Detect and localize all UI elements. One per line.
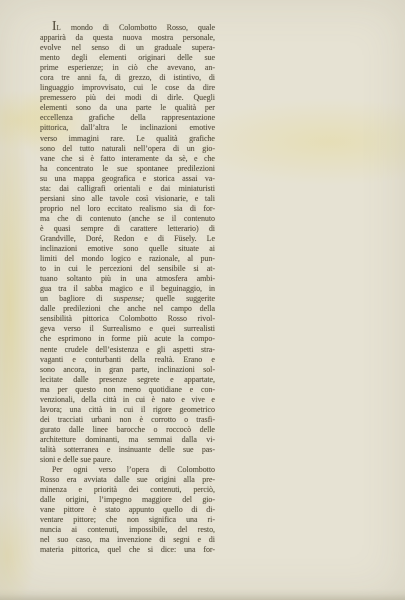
- word: così: [136, 194, 149, 204]
- word: quel: [108, 545, 122, 555]
- word: dalle: [69, 425, 84, 435]
- word: di: [160, 465, 166, 475]
- word: o: [154, 425, 158, 435]
- word: appartate,: [184, 375, 215, 385]
- word: dai: [161, 184, 171, 194]
- word: di: [158, 234, 164, 244]
- word: tracciati: [58, 415, 83, 425]
- word: e: [138, 254, 142, 264]
- text-line: sonodeltuttonaturalinell’operadiungio-: [40, 144, 215, 154]
- word: improvvisato,: [82, 83, 126, 93]
- word: razionale,: [149, 254, 180, 264]
- word: immagini: [69, 134, 99, 144]
- word: e: [198, 535, 202, 545]
- word: ciò: [128, 63, 138, 73]
- word: che: [204, 154, 215, 164]
- word: il: [150, 284, 154, 294]
- word: pittore;: [73, 515, 96, 525]
- text-line: materiapittorica,quelchesidice:unafor-: [40, 545, 215, 555]
- word: e: [143, 174, 147, 184]
- word: del: [140, 264, 150, 274]
- word: città: [103, 395, 117, 405]
- word: sempre: [81, 224, 104, 234]
- word: apparirà: [40, 33, 66, 43]
- word: Füsely.: [174, 234, 196, 244]
- word: dalle: [114, 475, 129, 485]
- word: an-: [205, 63, 215, 73]
- word: situate: [178, 244, 199, 254]
- word: mondo: [82, 254, 104, 264]
- word: limiti: [40, 254, 57, 264]
- word: un: [136, 43, 144, 53]
- word: impossibile,: [129, 525, 167, 535]
- word: grafiche: [89, 113, 115, 123]
- word: roccocò: [166, 425, 191, 435]
- text-line: deitracciatiurbaninonècorrottootrasfi-: [40, 415, 215, 425]
- text-line: sioniedellesuepaure.: [40, 455, 215, 465]
- word: di: [103, 23, 109, 33]
- word: che: [61, 154, 72, 164]
- text-line: evolvenelsensodiungradualesupera-: [40, 43, 215, 53]
- word: che: [108, 304, 119, 314]
- word: Quegli: [193, 93, 214, 103]
- word: invenzione: [117, 535, 152, 545]
- text-line: pittorica,dall’altraleinclinazioniemotiv…: [40, 123, 215, 133]
- word: dai: [59, 184, 69, 194]
- text-line: dalleorigini,l’impegnomaggioredelgio-: [40, 495, 215, 505]
- text-line: dallepredilezionicheanchenelcampodella: [40, 304, 215, 314]
- word: cui: [68, 264, 78, 274]
- word: vive: [191, 395, 205, 405]
- word: sioni: [40, 455, 55, 465]
- word: premessero: [40, 93, 76, 103]
- word: sue: [80, 455, 91, 465]
- word: inclinazioni: [140, 123, 177, 133]
- word: e: [144, 234, 148, 244]
- word: pittorica,: [72, 545, 100, 555]
- word: carattere: [130, 224, 157, 234]
- word: interamente: [121, 154, 158, 164]
- word: Redon: [114, 234, 135, 244]
- word: questa: [93, 33, 113, 43]
- word: per: [205, 103, 215, 113]
- word: tre: [61, 73, 69, 83]
- word: e: [72, 355, 76, 365]
- word: ai: [209, 244, 215, 254]
- word: quasi: [54, 224, 71, 234]
- word: tra: [58, 284, 66, 294]
- word: sue: [117, 164, 128, 174]
- body-text-block: ILmondodiColombottoRosso,qualeappariràda…: [40, 23, 215, 555]
- word: nato: [161, 395, 175, 405]
- word: le: [86, 264, 92, 274]
- word: per: [57, 385, 67, 395]
- word: quello: [163, 505, 183, 515]
- word: e: [79, 485, 83, 495]
- word: contenuti,: [150, 485, 181, 495]
- text-line: èquasisempredicarattereletterario)di: [40, 224, 215, 234]
- word: venzionali,: [40, 395, 75, 405]
- word: le: [160, 103, 166, 113]
- word: percezioni: [100, 264, 133, 274]
- word: minenza: [40, 485, 67, 495]
- word: in: [209, 284, 215, 294]
- word: Rosso: [40, 475, 59, 485]
- word: ventare: [40, 515, 63, 525]
- word: dell’esistenza: [95, 345, 138, 355]
- word: di: [173, 144, 179, 154]
- word: priorità: [94, 485, 117, 495]
- word: gio-: [202, 495, 215, 505]
- word: che: [106, 515, 117, 525]
- word: che: [147, 63, 158, 73]
- word: il: [172, 214, 176, 224]
- word: era: [67, 475, 77, 485]
- word: in: [110, 405, 116, 415]
- text-line: suunamappageograficaestoricaassaiva-: [40, 174, 215, 184]
- word: pun-: [200, 254, 214, 264]
- word: del: [178, 525, 188, 535]
- text-line: vanepittoreèstatoappuntoquellodidi-: [40, 505, 215, 515]
- word: l’opera: [127, 465, 149, 475]
- word: in: [95, 365, 101, 375]
- word: barocche: [117, 425, 145, 435]
- word: tavole: [110, 194, 129, 204]
- word: ma: [129, 435, 139, 445]
- word: lecitate: [40, 375, 63, 385]
- word: una: [186, 515, 197, 525]
- word: va-: [205, 174, 215, 184]
- word: che: [57, 214, 68, 224]
- word: pittorica,: [40, 123, 68, 133]
- word: delle: [177, 53, 192, 63]
- word: Per: [52, 465, 63, 475]
- word: inclinazioni: [40, 244, 77, 254]
- word: verso: [64, 324, 81, 334]
- word: degli: [72, 53, 88, 63]
- word: dalle: [73, 375, 88, 385]
- word: di: [209, 73, 215, 83]
- word: architetture: [40, 435, 76, 445]
- text-line: eccellenzagrafichedellarappresentazione: [40, 113, 215, 123]
- text-line: lavora;unacittàincuiilrigoregeometrico: [40, 405, 215, 415]
- word: città: [89, 405, 103, 415]
- text-line: haconcentratolesuespontaneepredilezioni: [40, 164, 215, 174]
- word: Erano: [183, 355, 202, 365]
- word: suo: [57, 535, 68, 545]
- word: del: [63, 144, 73, 154]
- word: logico: [111, 254, 131, 264]
- word: Grandville,: [40, 234, 76, 244]
- text-line: toincuilepercezionidelsensibilesiat-: [40, 264, 215, 274]
- word: ma: [40, 214, 50, 224]
- word: di: [209, 224, 215, 234]
- word: soltanto: [67, 274, 92, 284]
- word: della: [200, 304, 215, 314]
- word: verso: [40, 134, 57, 144]
- text-line: mentodeglielementioriginaridellesue: [40, 53, 215, 63]
- word: dominanti,: [85, 435, 119, 445]
- word: gua: [40, 284, 51, 294]
- word: atmosfera: [156, 274, 187, 284]
- word: mento: [40, 53, 60, 63]
- word: meno: [123, 385, 141, 395]
- word: miniaturisti: [179, 184, 215, 194]
- word: sensibile: [158, 264, 186, 274]
- word: talità: [40, 445, 56, 455]
- word: Colombotto: [177, 465, 215, 475]
- word: urbani: [91, 415, 111, 425]
- word: sensibilità: [40, 314, 72, 324]
- word: o: [184, 415, 188, 425]
- word: stato: [105, 505, 120, 515]
- text-line: Perogniversol’operadiColombotto: [40, 465, 215, 475]
- text-line: versoimmaginirare.Lequalitàgrafiche: [40, 134, 215, 144]
- word: dire: [203, 83, 215, 93]
- word: caso,: [76, 535, 92, 545]
- word: qualità: [156, 134, 177, 144]
- word: di: [190, 204, 196, 214]
- word: geografica: [102, 174, 135, 184]
- word: ambi-: [197, 274, 215, 284]
- text-line: unbaglioredisuspense;quellesuggerite: [40, 294, 215, 304]
- word: gran: [109, 365, 123, 375]
- word: con-: [201, 385, 215, 395]
- word: gio-: [202, 144, 215, 154]
- word: sue: [183, 445, 194, 455]
- word: eccitato: [108, 204, 132, 214]
- word: e: [107, 445, 111, 455]
- word: eccellenza: [40, 113, 73, 123]
- word: il: [89, 324, 93, 334]
- word: naturali: [102, 144, 126, 154]
- word: contenuto: [184, 214, 215, 224]
- word: avviata: [84, 475, 107, 485]
- word: non: [127, 515, 139, 525]
- text-line: machedicontenuto(ancheseilcontenuto: [40, 214, 215, 224]
- word: una: [184, 545, 195, 555]
- text-line: Rossoeraavviatadallesueoriginiallapre-: [40, 475, 215, 485]
- word: senso: [91, 43, 109, 53]
- word: nel: [153, 304, 163, 314]
- word: dei: [129, 485, 139, 495]
- word: sono: [76, 103, 91, 113]
- text-line: nunciaaicontenuti,impossibile,delresto,: [40, 525, 215, 535]
- word: elementi: [99, 53, 126, 63]
- word: questo: [75, 385, 96, 395]
- word: quelle: [149, 244, 168, 254]
- word: significa: [149, 515, 176, 525]
- word: mostra: [152, 33, 173, 43]
- word: predilezioni: [63, 304, 101, 314]
- word: ma: [40, 385, 50, 395]
- word: dei: [40, 415, 50, 425]
- word: e: [194, 154, 198, 164]
- word: rappresentazione: [162, 113, 215, 123]
- word: rivol-: [198, 314, 215, 324]
- word: anche: [127, 304, 145, 314]
- word: anni: [77, 73, 91, 83]
- word: at-: [207, 264, 215, 274]
- text-line: guratodallelineebaroccheoroccocòdelle: [40, 425, 215, 435]
- word: di: [96, 294, 102, 304]
- word: appunto: [129, 505, 154, 515]
- word: una: [116, 103, 127, 113]
- word: acute: [154, 334, 171, 344]
- word: sabba: [85, 284, 103, 294]
- word: della: [81, 395, 96, 405]
- text-line: gevaversoilSurrealismoequeisurrealisti: [40, 324, 215, 334]
- word: vi-: [206, 435, 215, 445]
- word: sue: [137, 475, 148, 485]
- word: cui: [124, 405, 134, 415]
- word: resto,: [198, 525, 215, 535]
- text-line: Grandville,Doré,RedonediFüsely.Le: [40, 234, 215, 244]
- word: conturbanti: [85, 355, 121, 365]
- word: fa,: [99, 73, 107, 83]
- text-line: ventarepittore;chenonsignificaunari-: [40, 515, 215, 525]
- word: bagliore: [59, 294, 85, 304]
- word: tali: [205, 194, 215, 204]
- word: e: [170, 375, 174, 385]
- word: nuova: [123, 33, 142, 43]
- word: di: [159, 535, 165, 545]
- word: di: [191, 505, 197, 515]
- word: cui: [135, 395, 145, 405]
- word: nuncia: [40, 525, 61, 535]
- word: che: [40, 334, 51, 344]
- word: al: [187, 254, 193, 264]
- word: cose: [165, 83, 179, 93]
- word: for-: [203, 204, 215, 214]
- word: su: [40, 174, 47, 184]
- word: orientali: [114, 184, 140, 194]
- text-line: venzionali,dellacittàincuiènatoevivee: [40, 395, 215, 405]
- word: linguaggio: [40, 83, 74, 93]
- word: nente: [40, 345, 57, 355]
- word: Le: [136, 134, 144, 144]
- word: mondo: [71, 23, 93, 33]
- word: da: [76, 33, 83, 43]
- text-line: sensibilitàpittoricaColombottoRossorivol…: [40, 314, 215, 324]
- word: beguinaggio,: [161, 284, 202, 294]
- word: persiani: [40, 194, 65, 204]
- word: alla: [183, 475, 194, 485]
- word: le: [151, 83, 157, 93]
- word: non: [119, 415, 131, 425]
- text-line: elementisonodaunapartelequalitàper: [40, 103, 215, 113]
- word: di: [119, 43, 125, 53]
- text-line: tuanosoltantopiùinunaatmosferaambi-: [40, 274, 215, 284]
- word: ancora,: [63, 365, 86, 375]
- word: quelle: [156, 294, 175, 304]
- word: il: [73, 284, 77, 294]
- text-line: limitidelmondologicoerazionale,alpun-: [40, 254, 215, 264]
- word: e: [195, 194, 199, 204]
- word: la: [178, 334, 184, 344]
- word: del: [182, 495, 192, 505]
- word: cora: [40, 73, 54, 83]
- word: di: [209, 535, 215, 545]
- book-page: ILmondodiColombottoRosso,qualeappariràda…: [0, 0, 405, 600]
- word: e: [149, 324, 153, 334]
- word: elementi: [40, 103, 67, 113]
- text-line: vagantieconturbantidellarealtà.Eranoe: [40, 355, 215, 365]
- word: non: [104, 385, 116, 395]
- word: una: [54, 174, 65, 184]
- word: della: [130, 113, 145, 123]
- word: le: [102, 164, 108, 174]
- word: surrealisti: [184, 324, 215, 334]
- word: delle: [159, 445, 174, 455]
- word: e: [190, 385, 194, 395]
- word: di: [114, 224, 120, 234]
- text-line: linguaggioimprovvisato,cuilecosedadire: [40, 83, 215, 93]
- text-line: coratreannifa,digrezzo,diistintivo,di: [40, 73, 215, 83]
- word: nel: [40, 535, 50, 545]
- word: qualità: [175, 103, 196, 113]
- word: sè,: [179, 154, 188, 164]
- word: in: [123, 395, 129, 405]
- word: evolve: [40, 43, 61, 53]
- text-line: nelsuocaso,mainvenzionedisegniedi: [40, 535, 215, 545]
- word: pas-: [202, 445, 215, 455]
- word: linee: [93, 425, 108, 435]
- word: rare.: [110, 134, 124, 144]
- word: lavora;: [40, 405, 62, 415]
- word: geometrico: [179, 405, 215, 415]
- word: emotive: [190, 123, 215, 133]
- word: tutto: [80, 144, 94, 154]
- word: sue: [204, 53, 215, 63]
- word: insinuante: [119, 445, 151, 455]
- word: e: [211, 395, 215, 405]
- text-line: minenzaeprioritàdeicontenuti,perciò,: [40, 485, 215, 495]
- word: istintivo,: [173, 73, 201, 83]
- word: gurato: [40, 425, 60, 435]
- word: ri-: [208, 515, 215, 525]
- text-line: vanechesièfattointeramentedasè,eche: [40, 154, 215, 164]
- word: esperienze;: [68, 63, 103, 73]
- word: e: [140, 284, 144, 294]
- word: spontanee: [137, 164, 169, 174]
- word: avevano,: [167, 63, 195, 73]
- word: più: [137, 334, 147, 344]
- word: originari: [138, 53, 165, 63]
- word: quale: [198, 23, 215, 33]
- word: realismo: [139, 204, 166, 214]
- word: pittore: [64, 505, 85, 515]
- word: fatto: [101, 154, 115, 164]
- word: graduale: [154, 43, 181, 53]
- word: tuano: [40, 274, 58, 284]
- word: sino: [72, 194, 85, 204]
- word: prime: [40, 63, 58, 73]
- text-line: appariràdaquestanuovamostrapersonale,: [40, 33, 215, 43]
- word: for-: [203, 545, 215, 555]
- word: delle: [200, 425, 215, 435]
- word: Colombotto: [119, 314, 157, 324]
- word: quei: [162, 324, 176, 334]
- text-line: premesseropiùdeimodididirle.Quegli: [40, 93, 215, 103]
- word: grezzo,: [129, 73, 152, 83]
- word: è: [151, 395, 155, 405]
- word: sono: [40, 365, 55, 375]
- word: è: [93, 505, 97, 515]
- word: semmai: [148, 435, 173, 445]
- word: è: [40, 224, 44, 234]
- word: supera-: [192, 43, 215, 53]
